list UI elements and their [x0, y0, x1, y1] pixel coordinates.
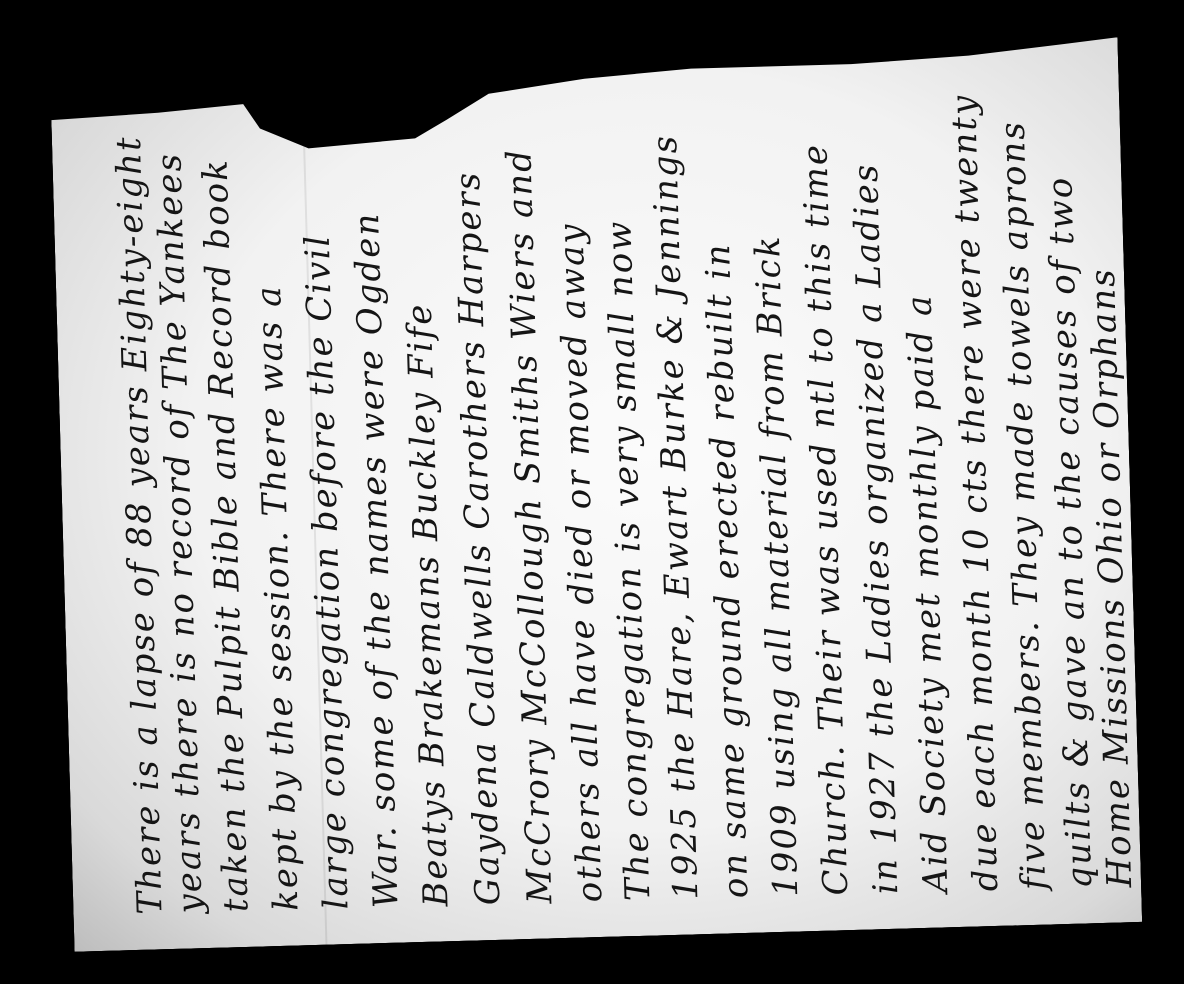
text-line-11: The congregation is very small now	[602, 219, 655, 901]
text-line-12: 1925 the Hare, Ewart Burke & Jennings	[648, 134, 703, 901]
text-line-5: large congregation before the Civil	[301, 233, 354, 910]
text-line-16: in 1927 the Ladies organized a Ladies	[849, 162, 903, 894]
text-line-10: others all have died or moved away	[554, 222, 607, 903]
text-line-7: Beatys Brakemans Buckley Fife	[403, 302, 454, 907]
text-line-4: kept by the session. There was a	[252, 284, 303, 911]
text-line-13: on same ground erected rebuilt in	[701, 242, 753, 899]
handwritten-text-block: There is a lapse of 88 years Eighty-eigh…	[50, 37, 1142, 951]
text-line-8: Gaydena Caldwells Carothers Harpers	[451, 170, 505, 905]
text-line-14: 1909 using all material from Brick	[751, 234, 803, 897]
text-line-6: War. some of the names were Ogden	[350, 211, 403, 908]
text-line-17: Aid Society met monthly paid a	[903, 293, 954, 893]
text-line-9: McCrory McCollough Smiths Wiers and	[502, 148, 557, 904]
text-line-15: Church. Their was used ntl to this time	[798, 143, 853, 896]
